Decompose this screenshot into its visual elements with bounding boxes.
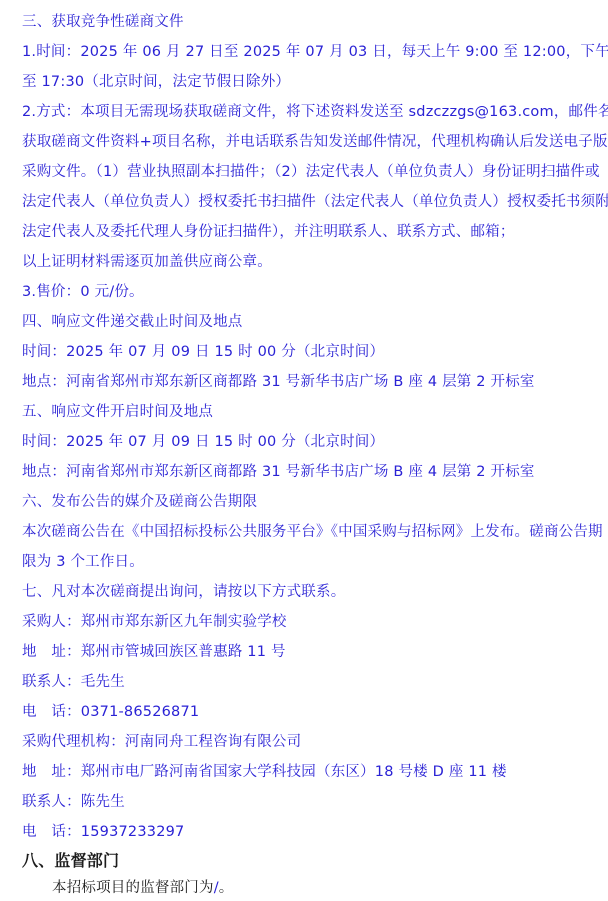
- paragraph-line: 采购文件。（1）营业执照副本扫描件；（2）法定代表人（单位负责人）身份证明扫描件…: [22, 157, 590, 187]
- section-heading-8: 八、监督部门: [22, 847, 590, 875]
- agency-phone-line: 电 话：15937233297: [22, 817, 590, 847]
- agency-name-line: 采购代理机构：河南同舟工程咨询有限公司: [22, 727, 590, 757]
- section-heading-4: 四、响应文件递交截止时间及地点: [22, 307, 590, 337]
- paragraph-line: 至 17:30（北京时间，法定节假日除外）: [22, 67, 590, 97]
- paragraph-line: 1.时间：2025 年 06 月 27 日至 2025 年 07 月 03 日，…: [22, 37, 590, 67]
- opening-place-line: 地点：河南省郑州市郑东新区商都路 31 号新华书店广场 B 座 4 层第 2 开…: [22, 457, 590, 487]
- supervision-line: 本招标项目的监督部门为/。: [22, 875, 590, 901]
- purchaser-phone-line: 电 话：0371-86526871: [22, 697, 590, 727]
- agency-address-line: 地 址：郑州市电厂路河南省国家大学科技园（东区）18 号楼 D 座 11 楼: [22, 757, 590, 787]
- opening-time-line: 时间：2025 年 07 月 09 日 15 时 00 分（北京时间）: [22, 427, 590, 457]
- section-heading-6: 六、发布公告的媒介及磋商公告期限: [22, 487, 590, 517]
- paragraph-line: 获取磋商文件资料+项目名称，并电话联系告知发送邮件情况，代理机构确认后发送电子版: [22, 127, 590, 157]
- deadline-place-line: 地点：河南省郑州市郑东新区商都路 31 号新华书店广场 B 座 4 层第 2 开…: [22, 367, 590, 397]
- paragraph-line: 限为 3 个工作日。: [22, 547, 590, 577]
- section-heading-7: 七、凡对本次磋商提出询问，请按以下方式联系。: [22, 577, 590, 607]
- text-segment: 本招标项目的监督部门为: [52, 880, 214, 896]
- section-heading-5: 五、响应文件开启时间及地点: [22, 397, 590, 427]
- purchaser-address-line: 地 址：郑州市管城回族区普惠路 11 号: [22, 637, 590, 667]
- paragraph-line: 3.售价：0 元/份。: [22, 277, 590, 307]
- deadline-time-line: 时间：2025 年 07 月 09 日 15 时 00 分（北京时间）: [22, 337, 590, 367]
- section-heading-3: 三、获取竞争性磋商文件: [22, 7, 590, 37]
- purchaser-name-line: 采购人：郑州市郑东新区九年制实验学校: [22, 607, 590, 637]
- document-body: 三、获取竞争性磋商文件1.时间：2025 年 06 月 27 日至 2025 年…: [0, 0, 608, 901]
- paragraph-line: 法定代表人及委托代理人身份证扫描件），并注明联系人、联系方式、邮箱；: [22, 217, 590, 247]
- purchaser-contact-line: 联系人：毛先生: [22, 667, 590, 697]
- text-segment: 。: [219, 880, 234, 896]
- paragraph-line: 本次磋商公告在《中国招标投标公共服务平台》《中国采购与招标网》上发布。磋商公告期: [22, 517, 590, 547]
- paragraph-line: 法定代表人（单位负责人）授权委托书扫描件（法定代表人（单位负责人）授权委托书须附: [22, 187, 590, 217]
- paragraph-line: 2.方式：本项目无需现场获取磋商文件，将下述资料发送至 sdzczzgs@163…: [22, 97, 590, 127]
- agency-contact-line: 联系人：陈先生: [22, 787, 590, 817]
- paragraph-line: 以上证明材料需逐页加盖供应商公章。: [22, 247, 590, 277]
